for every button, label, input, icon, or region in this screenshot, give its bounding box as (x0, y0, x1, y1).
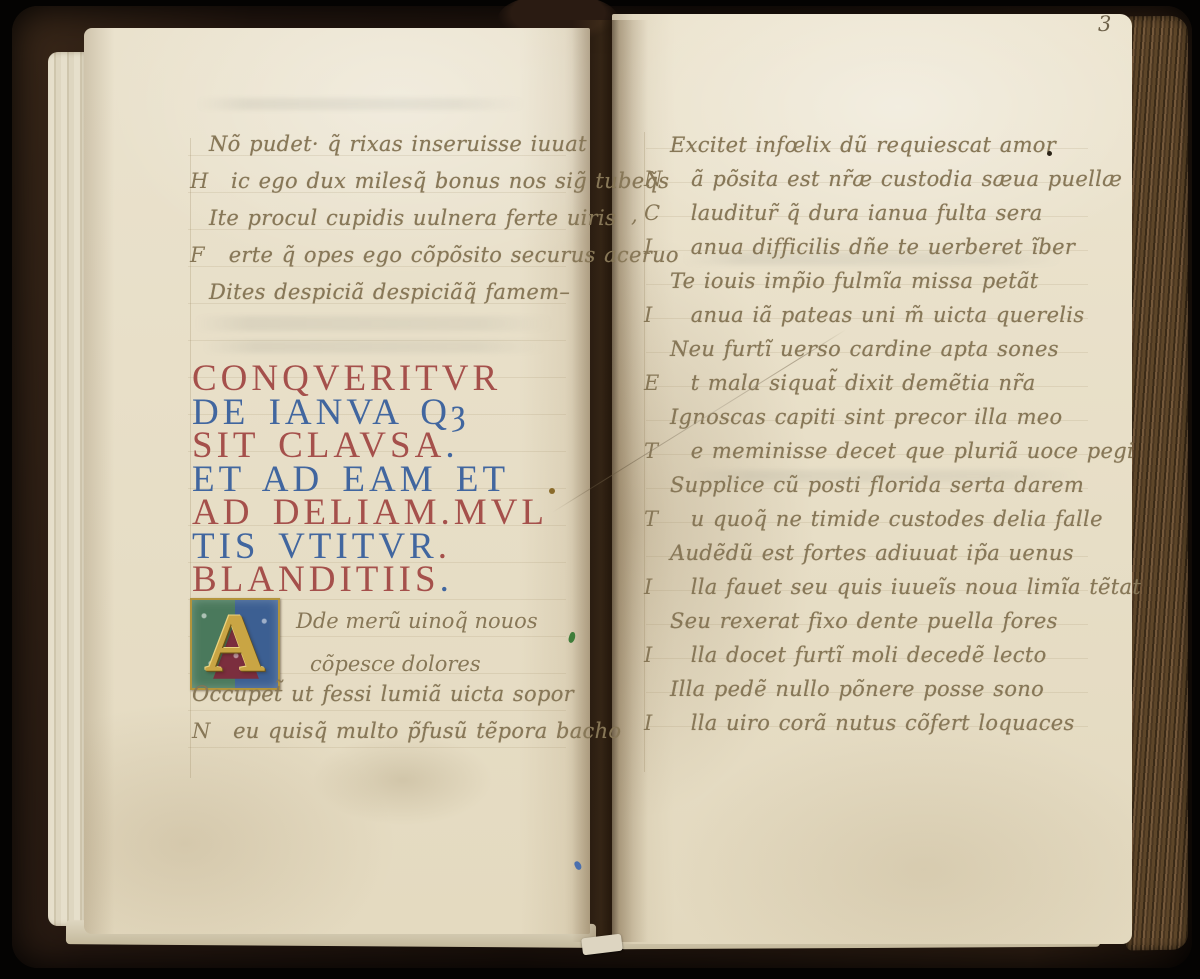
show-through-text (194, 316, 554, 331)
verse-line: I lla docet furtĩ moli decedẽ lecto (644, 638, 1104, 672)
verse-line: H ic ego dux milesq̃ bonus nos sig̃ tube… (190, 163, 570, 200)
verse-line: T u quoq̃ ne timide custodes delia falle (644, 502, 1104, 536)
verse-line: I anua difficilis dñe te uerberet ĩber (644, 230, 1104, 264)
verse-text: lla fauet seu quis iuueĩs noua limĩa tẽt… (691, 575, 1141, 599)
rubric-line: CONQVERITVR (192, 362, 548, 396)
verse-text: u quoq̃ ne timide custodes delia falle (691, 507, 1103, 531)
verse-line: Dde merũ uinoq̃ nouos (296, 600, 538, 643)
verse-text: Illa pedẽ nullo põnere posse sono (670, 677, 1044, 701)
page-stack-fore-edge-right (1126, 16, 1188, 951)
verse-line: Supplice cũ posti florida serta darem (644, 468, 1104, 502)
margin-mark: , (631, 198, 638, 232)
verse-text: lla uiro corã nutus cõfert loquaces (691, 711, 1075, 735)
manuscript-photograph: Nõ pudet· q̃ rixas inseruisse iuuat H ic… (0, 0, 1200, 979)
verse-line: Occupet̃ ut fessi lumiã uicta sopor (192, 676, 572, 713)
verse-line: Seu rexerat fixo dente puella fores (644, 604, 1104, 638)
verse-text: anua difficilis dñe te uerberet ĩber (691, 235, 1076, 259)
rubric-line: DE IANVA Qȝ (192, 396, 548, 430)
verse-text: eu quisq̃ multo p̃fusũ tẽpora bacho (233, 719, 621, 743)
verse-text: lla docet furtĩ moli decedẽ lecto (691, 643, 1047, 667)
verse-initial: I (644, 298, 662, 332)
verse-initial: E (644, 366, 662, 400)
verse-text: t mala siquat̃ dixit demẽtia nr̃a (691, 371, 1036, 395)
verse-initial: F (190, 237, 206, 274)
verse-text: Seu rexerat fixo dente puella fores (670, 609, 1058, 633)
verse-initial: T (644, 434, 662, 468)
rubric-line: BLANDITIIS. (192, 563, 548, 597)
verse-text: Ignoscas capiti sint precor illa meo (670, 405, 1062, 429)
verse-text: Nõ pudet· q̃ rixas inseruisse iuuat (209, 132, 587, 156)
ink-spot-gold (549, 488, 555, 494)
verse-line: I lla fauet seu quis iuueĩs noua limĩa t… (644, 570, 1104, 604)
verse-line: Ignoscas capiti sint precor illa meo (644, 400, 1104, 434)
verse-text: ã põsita est nr̃æ custodia sæua puellæ (691, 167, 1122, 191)
verse-line: Neu furtĩ uerso cardine apta sones (644, 332, 1104, 366)
left-page-verses-top: Nõ pudet· q̃ rixas inseruisse iuuat H ic… (190, 126, 570, 311)
show-through-text (202, 340, 547, 353)
verse-line: E t mala siquat̃ dixit demẽtia nr̃a (644, 366, 1104, 400)
verse-text: anua iã pateas uni m̃ uicta querelis (691, 303, 1085, 327)
left-page-verses-bottom: Occupet̃ ut fessi lumiã uicta sopor N eu… (192, 676, 572, 750)
verse-line: Te iouis imp̃io fulmĩa missa petãt (644, 264, 1104, 298)
verse-text: Supplice cũ posti florida serta darem (670, 473, 1084, 497)
verse-text: Te iouis imp̃io fulmĩa missa petãt (670, 269, 1039, 293)
verse-line: N ã põsita est nr̃æ custodia sæua puellæ (644, 162, 1104, 196)
verse-initial: I (644, 638, 662, 672)
rubric-line: SIT CLAVSA. (192, 429, 548, 463)
rubric-line: ET AD EAM ET (192, 463, 548, 497)
verse-initial: I (644, 570, 662, 604)
verse-text: lauditur̃ q̃ dura ianua fulta sera (691, 201, 1043, 225)
verse-initial: N (192, 713, 210, 750)
rubric-line: TIS VTITVR. (192, 530, 548, 564)
verse-text: Neu furtĩ uerso cardine apta sones (670, 337, 1059, 361)
verse-line: Ite procul cupidis uulnera ferte uiris (190, 200, 570, 237)
verse-line: , C lauditur̃ q̃ dura ianua fulta sera (644, 196, 1104, 230)
verse-initial: H (190, 163, 208, 200)
verse-line: I lla uiro corã nutus cõfert loquaces (644, 706, 1104, 740)
verse-text: ic ego dux milesq̃ bonus nos sig̃ tubeq̃… (231, 169, 669, 193)
verse-text: Excitet infœlix dũ requiescat amor (670, 133, 1056, 157)
folio-number: 3 (1098, 12, 1111, 36)
verse-line: I anua iã pateas uni m̃ uicta querelis (644, 298, 1104, 332)
verse-line: Audẽdũ est fortes adiuuat ip̃a uenus (644, 536, 1104, 570)
verse-line: Excitet infœlix dũ requiescat amor (644, 128, 1104, 162)
verse-text: Audẽdũ est fortes adiuuat ip̃a uenus (670, 541, 1074, 565)
verse-line: T e meminisse decet que pluriã uoce pegi (644, 434, 1104, 468)
verse-initial: I (644, 706, 662, 740)
verse-text: Dites despiciã despiciãq̃ famem– (209, 280, 570, 304)
ink-spot-dark (1047, 151, 1052, 156)
rubric-heading: CONQVERITVR DE IANVA Qȝ SIT CLAVSA. ET A… (192, 362, 548, 597)
verse-initial: T (644, 502, 662, 536)
verse-text: e meminisse decet que pluriã uoce pegi (691, 439, 1134, 463)
verse-text: Ite procul cupidis uulnera ferte uiris (209, 206, 616, 230)
verse-line: Illa pedẽ nullo põnere posse sono (644, 672, 1104, 706)
verse-text: erte q̃ opes ego cõpõsito securus aceruo (229, 243, 679, 267)
verse-line: F erte q̃ opes ego cõpõsito securus acer… (190, 237, 570, 274)
right-page-verses: Excitet infœlix dũ requiescat amor N ã p… (644, 128, 1104, 740)
verse-line: Dites despiciã despiciãq̃ famem– (190, 274, 570, 311)
verse-line: Nõ pudet· q̃ rixas inseruisse iuuat (190, 126, 570, 163)
verse-text: Occupet̃ ut fessi lumiã uicta sopor (192, 682, 574, 706)
verse-initial: N (644, 162, 662, 196)
rubric-line: AD DELIAM.MVL (192, 496, 548, 530)
verse-initial: I (644, 230, 662, 264)
verse-line: N eu quisq̃ multo p̃fusũ tẽpora bacho (192, 713, 572, 750)
initial-letter: A (192, 598, 278, 688)
verse-initial: C (644, 196, 662, 230)
show-through-text (196, 98, 526, 110)
rubric-period: . (440, 559, 449, 600)
